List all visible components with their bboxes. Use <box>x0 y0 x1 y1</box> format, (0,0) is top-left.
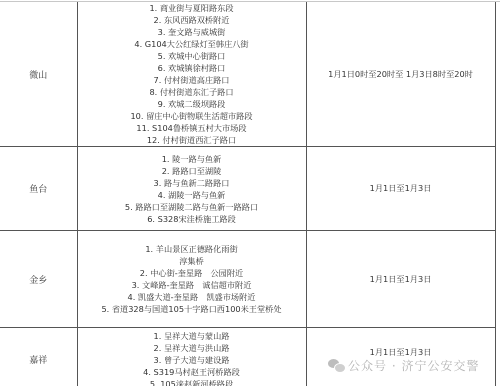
county-cell: 金乡 <box>0 231 77 328</box>
road-item: 2. 路路口至湖陵 <box>78 165 306 177</box>
road-item: 1. 羊山景区正德路化雨街 <box>78 243 306 255</box>
table-row: 鱼台 1. 陵一路与鱼新 2. 路路口至湖陵 3. 路与鱼新二路路口 4. 湖陵… <box>0 147 495 231</box>
road-item: 3. 奎文路与威城街 <box>78 26 306 38</box>
watermark: 公众号 · 济宁公安交警 <box>328 357 479 374</box>
table-row: 微山 1. 商业街与夏阳路东段 2. 东风西路双桥附近 3. 奎文路与威城街 4… <box>0 2 495 147</box>
wechat-icon <box>328 359 344 372</box>
road-item: 8. 付村街道东汇子路口 <box>78 86 306 98</box>
road-item: 10. 留庄中心街物联生活超市路段 <box>78 110 306 122</box>
road-item: 7. 付村街道高庄路口 <box>78 74 306 86</box>
road-item: 2. 呈祥大道与洪山路 <box>78 342 306 354</box>
road-item: 2. 中心街-奎星路 公园附近 <box>78 267 306 279</box>
roads-cell: 1. 陵一路与鱼新 2. 路路口至湖陵 3. 路与鱼新二路路口 4. 湖陵一路与… <box>77 147 306 231</box>
road-item: 3. 曾子大道与建设路 <box>78 354 306 366</box>
county-cell: 鱼台 <box>0 147 77 231</box>
road-item: 5. 105涞赵新河桥路段 <box>78 378 306 386</box>
road-item: 6. 欢城镇徐村路口 <box>78 62 306 74</box>
road-list: 1. 商业街与夏阳路东段 2. 东风西路双桥附近 3. 奎文路与威城街 4. G… <box>78 2 306 146</box>
road-item: 5. 省道328与国道105十字路口西100米王堂桥处 <box>78 303 306 315</box>
county-cell: 嘉祥 <box>0 328 77 386</box>
roads-cell: 1. 羊山景区正德路化雨街 淳集桥 2. 中心街-奎星路 公园附近 3. 文峰路… <box>77 231 306 328</box>
road-item: 4. S319马村赵王河桥路段 <box>78 366 306 378</box>
road-list: 1. 羊山景区正德路化雨街 淳集桥 2. 中心街-奎星路 公园附近 3. 文峰路… <box>78 243 306 315</box>
roads-cell: 1. 呈祥大道与蒙山路 2. 呈祥大道与洪山路 3. 曾子大道与建设路 4. S… <box>77 328 306 386</box>
road-item: 1. 陵一路与鱼新 <box>78 153 306 165</box>
time-cell: 1月1日至1月3日 <box>306 231 495 328</box>
time-cell: 1月1日至1月3日 <box>306 147 495 231</box>
table-row: 金乡 1. 羊山景区正德路化雨街 淳集桥 2. 中心街-奎星路 公园附近 3. … <box>0 231 495 328</box>
road-list: 1. 呈祥大道与蒙山路 2. 呈祥大道与洪山路 3. 曾子大道与建设路 4. S… <box>78 330 306 386</box>
county-cell: 微山 <box>0 2 77 147</box>
watermark-text: 公众号 · 济宁公安交警 <box>348 357 479 374</box>
road-item: 11. S104鲁桥镇五村大市场段 <box>78 122 306 134</box>
time-cell: 1月1日0时至20时至 1月3日8时至20时 <box>306 2 495 147</box>
road-item: 12. 付村街道西汇子路口 <box>78 134 306 146</box>
road-item: 2. 东风西路双桥附近 <box>78 14 306 26</box>
road-item: 4. 凯盛大道-奎星路 凯盛市场附近 <box>78 291 306 303</box>
road-item: 4. 湖陵一路与鱼新 <box>78 189 306 201</box>
road-item: 淳集桥 <box>78 255 306 267</box>
road-item: 3. 路与鱼新二路路口 <box>78 177 306 189</box>
road-item: 5. 路路口至湖陵二路与鱼新一路路口 <box>78 201 306 213</box>
road-item: 1. 呈祥大道与蒙山路 <box>78 330 306 342</box>
road-control-table: 微山 1. 商业街与夏阳路东段 2. 东风西路双桥附近 3. 奎文路与威城街 4… <box>0 2 496 386</box>
road-item: 9. 欢城二级坝路段 <box>78 98 306 110</box>
road-item: 1. 商业街与夏阳路东段 <box>78 2 306 14</box>
road-item: 5. 欢城中心街路口 <box>78 50 306 62</box>
road-item: 3. 文峰路-奎星路 诚信超市附近 <box>78 279 306 291</box>
road-item: 6. S328宋洼桥施工路段 <box>78 213 306 225</box>
road-item: 4. G104大公红绿灯至韩庄八街 <box>78 38 306 50</box>
roads-cell: 1. 商业街与夏阳路东段 2. 东风西路双桥附近 3. 奎文路与威城街 4. G… <box>77 2 306 147</box>
road-list: 1. 陵一路与鱼新 2. 路路口至湖陵 3. 路与鱼新二路路口 4. 湖陵一路与… <box>78 153 306 225</box>
